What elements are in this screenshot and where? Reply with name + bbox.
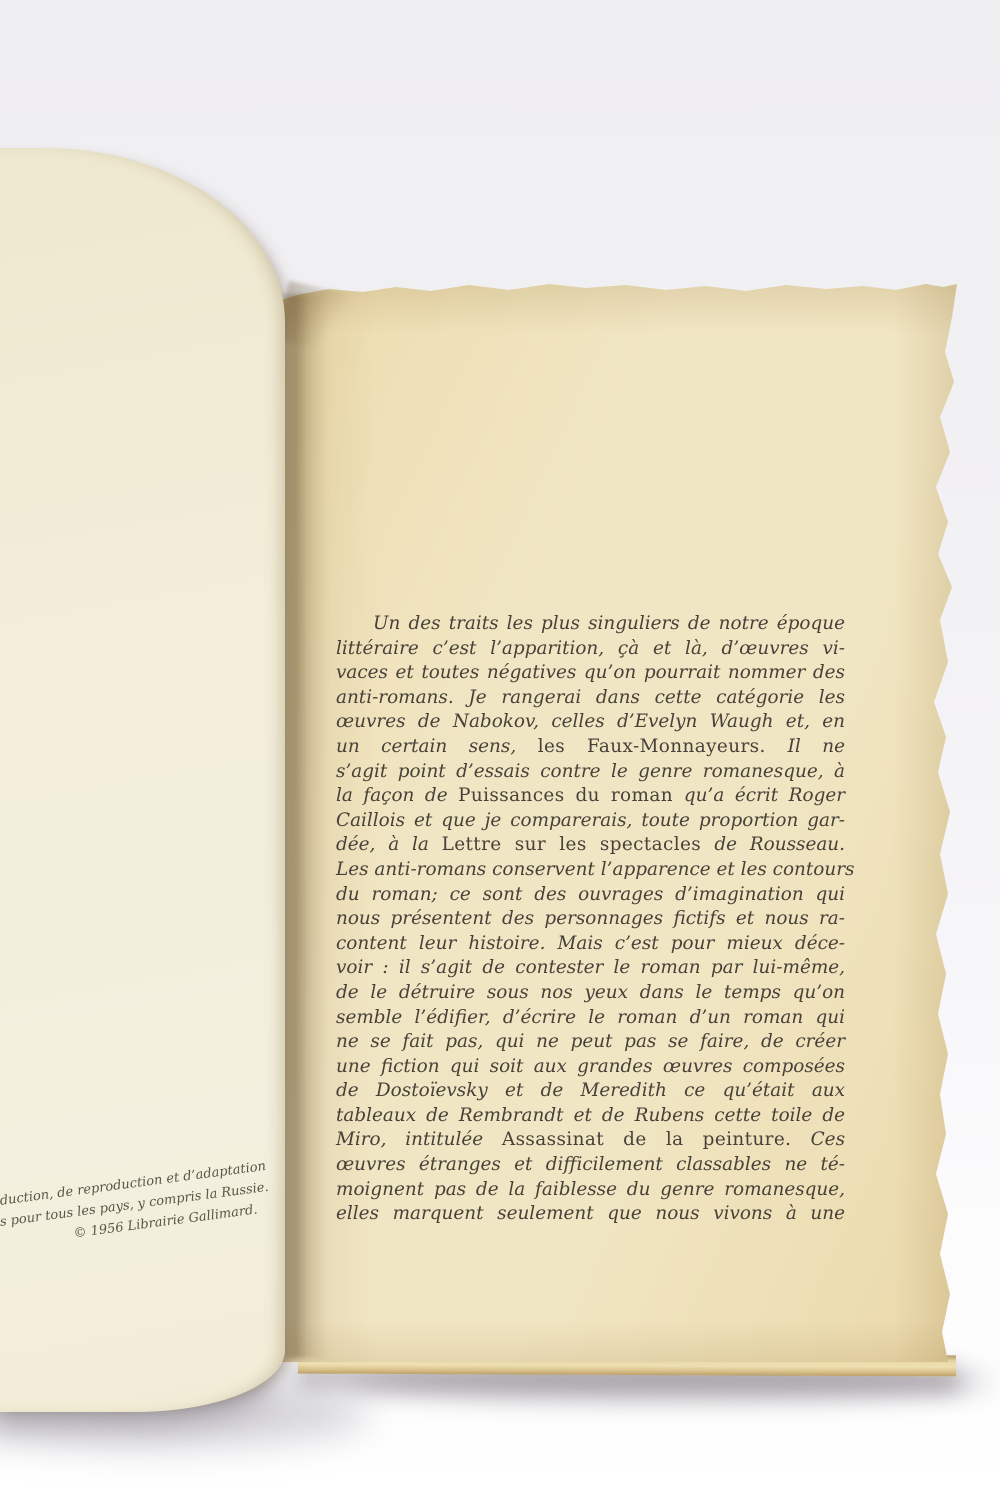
italic-text: œuvres de Nabokov, celles d’Evelyn Waugh… [336, 711, 845, 732]
italic-text: la façon de [336, 785, 458, 806]
roman-phrase: Lettre sur les spectacles [442, 834, 715, 855]
italic-text: de Dostoïevsky et de Meredith ce qu’étai… [336, 1080, 845, 1101]
text-line: du roman; ce sont des ouvrages d’imagina… [336, 883, 845, 908]
italic-text: Miro, intitulée [336, 1129, 502, 1150]
italic-text: un certain sens, [336, 736, 538, 757]
italic-text: Ces [811, 1129, 845, 1150]
italic-text: œuvres étranges et difficilement classab… [336, 1154, 845, 1175]
italic-text: ne se fait pas, qui ne peut pas se faire… [336, 1031, 845, 1052]
text-line: de le détruire sous nos yeux dans le tem… [336, 981, 845, 1006]
text-line: moignent pas de la faiblesse du genre ro… [336, 1178, 845, 1203]
italic-text: du roman; ce sont des ouvrages d’imagina… [336, 884, 845, 905]
italic-text: Les anti-romans conservent l’apparence e… [336, 859, 854, 880]
text-line: nous présentent des personnages fictifs … [336, 907, 845, 932]
italic-text: Il ne [788, 736, 845, 757]
main-text-block: Un des traits les plus singuliers de not… [336, 612, 845, 1227]
roman-phrase: Assassinat de la peinture. [502, 1129, 811, 1150]
italic-text: dée, à la [336, 834, 442, 855]
text-line: littéraire c’est l’apparition, çà et là,… [336, 637, 845, 662]
italic-text: elles marquent seulement que nous vivons… [336, 1203, 845, 1224]
text-line: anti-romans. Je rangerai dans cette caté… [336, 686, 845, 711]
text-line: Caillois et que je comparerais, toute pr… [336, 809, 845, 834]
text-line: ne se fait pas, qui ne peut pas se faire… [336, 1030, 845, 1055]
italic-text: Caillois et que je comparerais, toute pr… [336, 810, 845, 831]
text-line: œuvres de Nabokov, celles d’Evelyn Waugh… [336, 710, 845, 735]
text-line: une fiction qui soit aux grandes œuvres … [336, 1055, 845, 1080]
roman-phrase: les Faux-Monnayeurs. [538, 736, 788, 757]
roman-phrase: Puissances du roman [458, 785, 684, 806]
text-line: Un des traits les plus singuliers de not… [336, 612, 845, 637]
text-line: voir : il s’agit de contester le roman p… [336, 956, 845, 981]
italic-text: une fiction qui soit aux grandes œuvres … [336, 1056, 845, 1077]
italic-text: s’agit point d’essais contre le genre ro… [336, 761, 845, 782]
italic-text: tableaux de Rembrandt et de Rubens cette… [336, 1105, 845, 1126]
italic-text: nous présentent des personnages fictifs … [336, 908, 845, 929]
text-line: vaces et toutes négatives qu’on pourrait… [336, 661, 845, 686]
italic-text: qu’a écrit Roger [684, 785, 845, 806]
italic-text: vaces et toutes négatives qu’on pourrait… [336, 662, 845, 683]
italic-text: Un des traits les plus singuliers de not… [373, 613, 845, 634]
italic-text: moignent pas de la faiblesse du genre ro… [336, 1179, 845, 1200]
italic-text: anti-romans. Je rangerai dans cette caté… [336, 687, 845, 708]
italic-text: de Rousseau. [714, 834, 845, 855]
text-line: dée, à la Lettre sur les spectacles de R… [336, 833, 845, 858]
text-line: un certain sens, les Faux-Monnayeurs. Il… [336, 735, 845, 760]
book-photo: oits de traduction, de reproduction et d… [0, 0, 1000, 1500]
text-line: tableaux de Rembrandt et de Rubens cette… [336, 1104, 845, 1129]
italic-text: content leur histoire. Mais c’est pour m… [336, 933, 845, 954]
text-line: content leur histoire. Mais c’est pour m… [336, 932, 845, 957]
text-line: elles marquent seulement que nous vivons… [336, 1202, 845, 1227]
text-line: semble l’édifier, d’écrire le roman d’un… [336, 1006, 845, 1031]
text-line: Miro, intitulée Assassinat de la peintur… [336, 1128, 845, 1153]
text-line: la façon de Puissances du roman qu’a écr… [336, 784, 845, 809]
italic-text: voir : il s’agit de contester le roman p… [336, 957, 845, 978]
text-line: s’agit point d’essais contre le genre ro… [336, 760, 845, 785]
text-line: Les anti-romans conservent l’apparence e… [336, 858, 845, 883]
text-line: de Dostoïevsky et de Meredith ce qu’étai… [336, 1079, 845, 1104]
italic-text: de le détruire sous nos yeux dans le tem… [336, 982, 845, 1003]
italic-text: littéraire c’est l’apparition, çà et là,… [336, 638, 845, 659]
italic-text: semble l’édifier, d’écrire le roman d’un… [336, 1007, 845, 1028]
text-line: œuvres étranges et difficilement classab… [336, 1153, 845, 1178]
